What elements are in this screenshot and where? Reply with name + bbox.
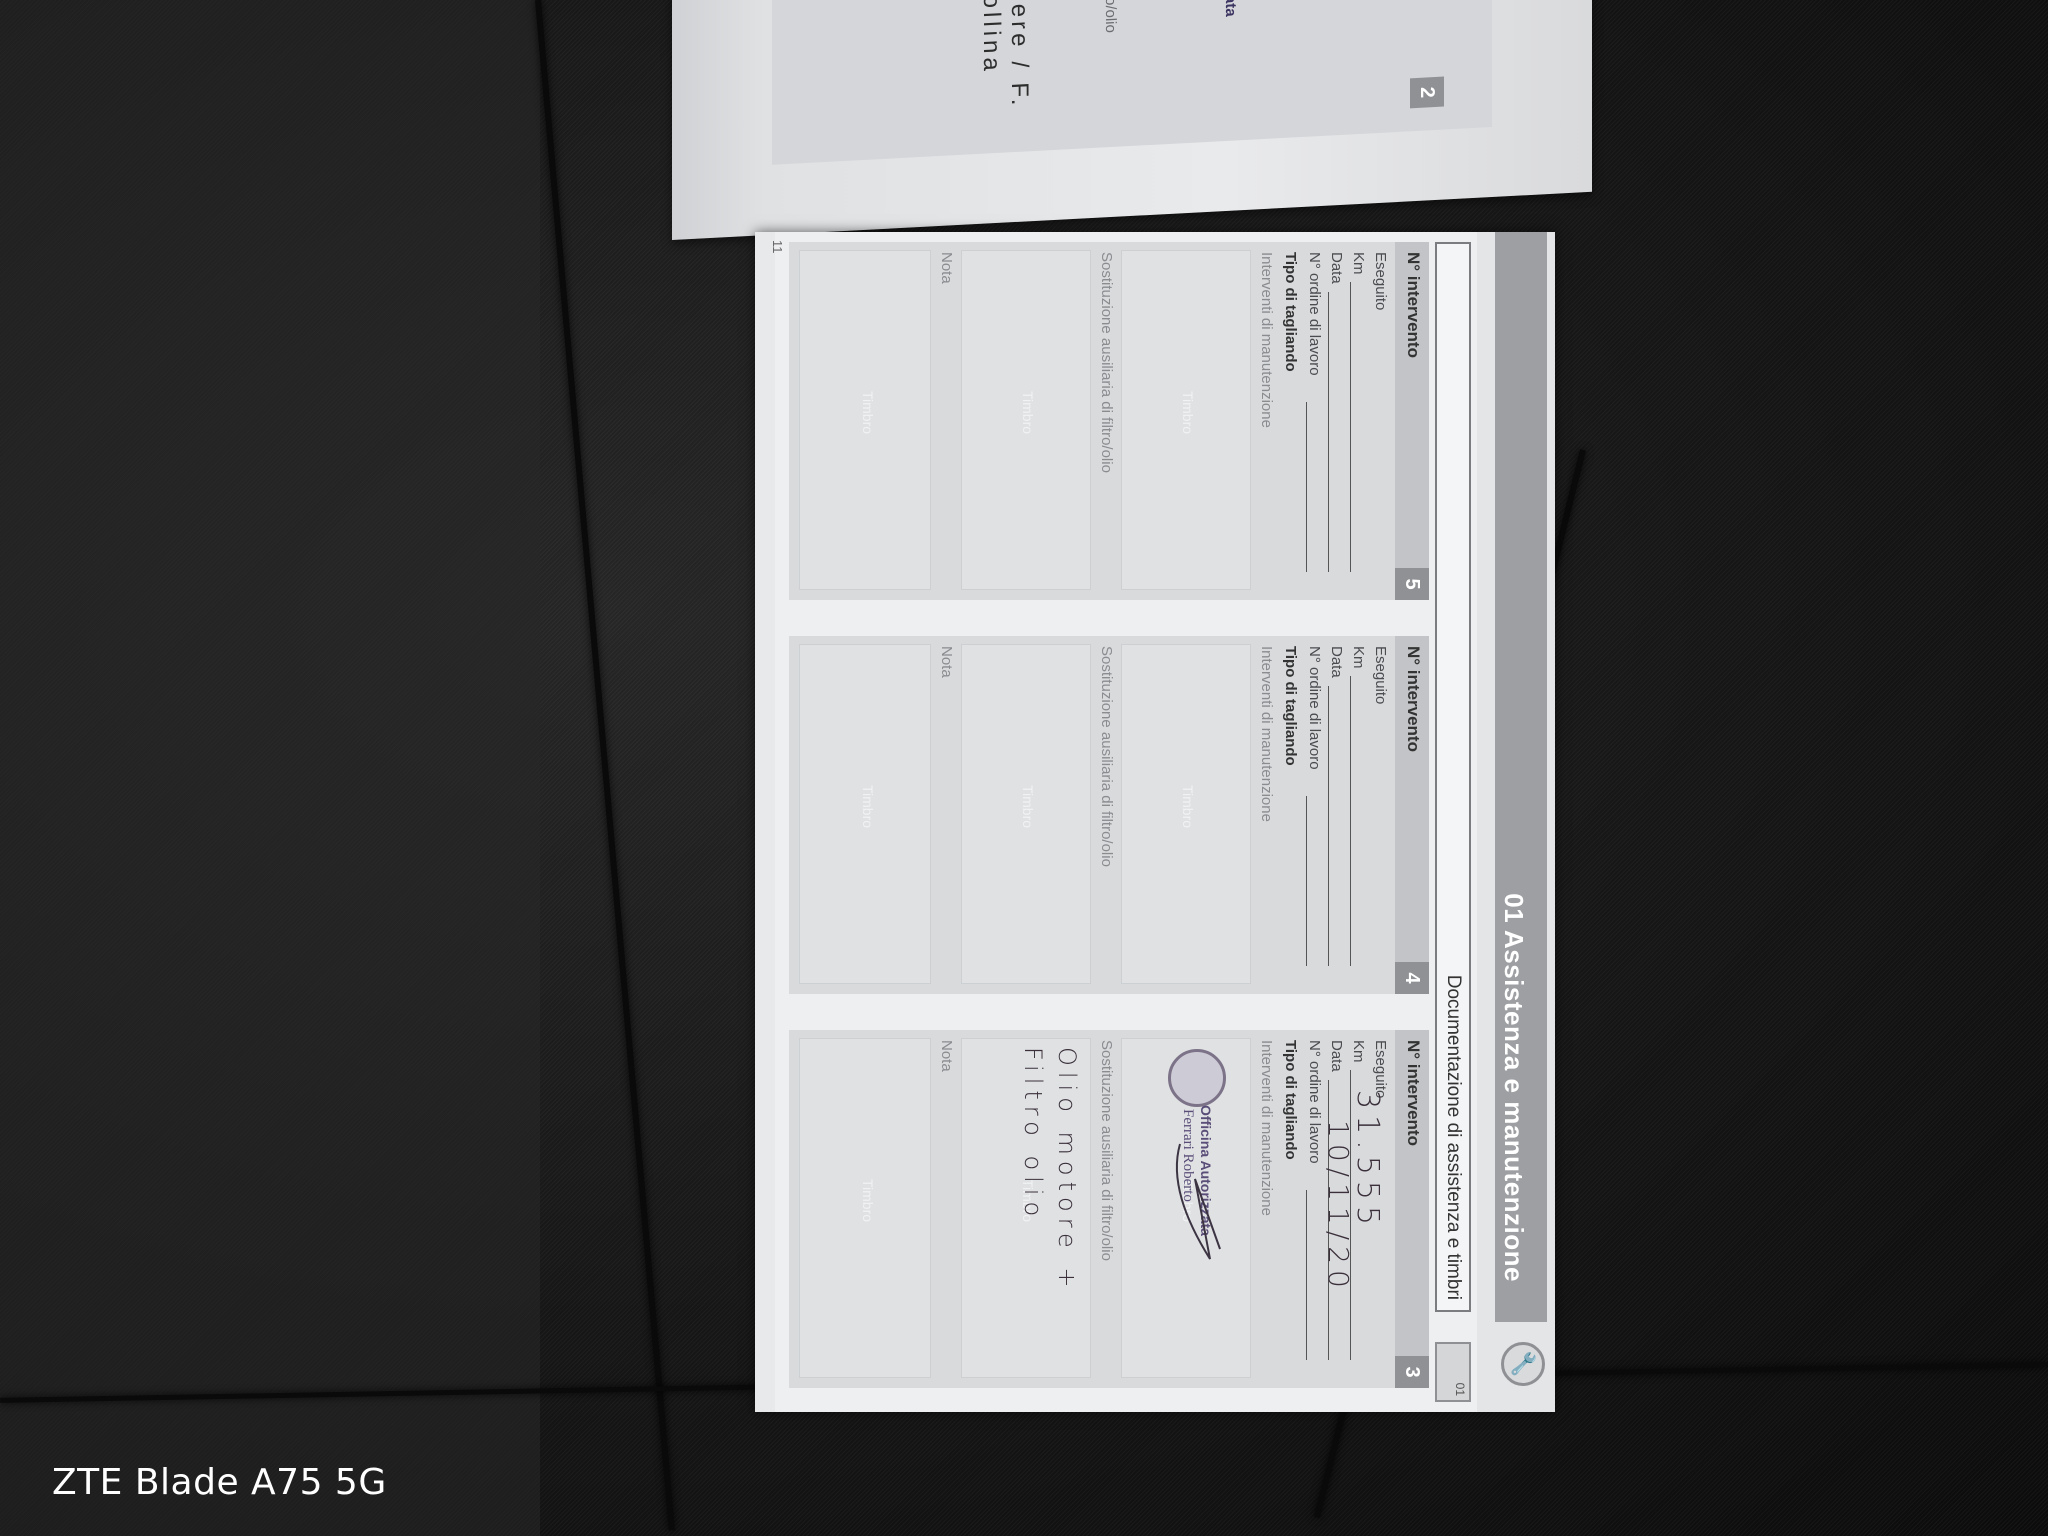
note-label: Nota	[938, 1040, 955, 1072]
aux-stamp-box[interactable]: Timbro	[961, 250, 1091, 590]
maintenance-stamp-box[interactable]: Timbro	[1121, 250, 1251, 590]
intervention-label: N° intervento	[1403, 1040, 1423, 1146]
service-type-label: Tipo di tagliando	[1282, 646, 1299, 766]
stamp-placeholder: Timbro	[1180, 785, 1196, 828]
work-order-label: N° ordine di lavoro	[1306, 252, 1323, 376]
date-label: Data	[1328, 646, 1345, 678]
previous-page-stamp-text: orizzata	[1222, 0, 1239, 17]
stamp-placeholder: Timbro	[860, 1179, 876, 1222]
date-label: Data	[1328, 252, 1345, 284]
work-order-field[interactable]	[1306, 1190, 1307, 1360]
intervention-label: N° intervento	[1403, 646, 1423, 752]
maintenance-label: Interventi di manutenzione	[1258, 1040, 1275, 1216]
km-handwritten-value: 31.555	[1350, 1090, 1385, 1231]
intervention-card-5: N° intervento 5 Eseguito Km Data N° ordi…	[789, 242, 1429, 600]
card-body: Eseguito Km 31.555 Data 10/11/20 N° ordi…	[789, 1030, 1395, 1388]
subtitle-box: Documentazione di assistenza e timbri	[1435, 242, 1471, 1312]
aux-replacement-label: Sostituzione ausiliaria di filtro/olio	[1098, 1040, 1115, 1261]
intervention-number: 3	[1395, 1356, 1429, 1388]
card-header: N° intervento 4	[1395, 636, 1429, 994]
page-footer	[755, 232, 775, 1412]
booklet-page-content: 01 Assistenza e manutenzione 🔧 Documenta…	[755, 232, 1555, 1412]
date-field[interactable]	[1328, 292, 1329, 572]
km-field[interactable]	[1350, 282, 1351, 572]
aux-stamp-box[interactable]: Timbro	[961, 644, 1091, 984]
booklet-page: 01 Assistenza e manutenzione 🔧 Documenta…	[755, 232, 1555, 1412]
stamp-placeholder: Timbro	[1020, 391, 1036, 434]
intervention-number: 5	[1395, 568, 1429, 600]
maintenance-label: Interventi di manutenzione	[1258, 252, 1275, 428]
stamp-placeholder: Timbro	[1180, 391, 1196, 434]
maintenance-stamp-box[interactable]: Timbro	[1121, 644, 1251, 984]
intervention-number: 4	[1395, 962, 1429, 994]
stamp-placeholder: Timbro	[860, 785, 876, 828]
intervention-label: N° intervento	[1403, 252, 1423, 358]
note-stamp-box[interactable]: Timbro	[799, 1038, 931, 1378]
page-subtitle: Documentazione di assistenza e timbri	[1442, 975, 1464, 1300]
page-number: 11	[770, 240, 785, 254]
card-body: Eseguito Km Data N° ordine di lavoro Tip…	[789, 242, 1395, 600]
note-stamp-box[interactable]: Timbro	[799, 644, 931, 984]
performed-label: Eseguito	[1372, 252, 1389, 310]
service-type-label: Tipo di tagliando	[1282, 252, 1299, 372]
section-number-box: 01	[1435, 1342, 1471, 1402]
wrench-icon: 🔧	[1501, 1342, 1545, 1386]
aux-stamp-box[interactable]: Timbro Olio motore + Filtro olio	[961, 1038, 1091, 1378]
aux-replacement-label: Sostituzione ausiliaria di filtro/olio	[1098, 252, 1115, 473]
page-header: 01 Assistenza e manutenzione 🔧	[1477, 232, 1555, 1412]
previous-page-handwriting: ...ere / F. Collina	[977, 0, 1033, 154]
camera-watermark: ZTE Blade A75 5G	[52, 1462, 387, 1503]
note-stamp-box[interactable]: Timbro	[799, 250, 931, 590]
km-field[interactable]	[1350, 676, 1351, 966]
aux-handwritten-note: Olio motore + Filtro olio	[1016, 1047, 1084, 1367]
previous-page-label: filtro/olio	[1102, 0, 1119, 33]
card-body: Eseguito Km Data N° ordine di lavoro Tip…	[789, 636, 1395, 994]
previous-page-number: 2	[1410, 77, 1444, 109]
note-label: Nota	[938, 646, 955, 678]
performed-label: Eseguito	[1372, 646, 1389, 704]
card-header: N° intervento 3	[1395, 1030, 1429, 1388]
aux-replacement-label: Sostituzione ausiliaria di filtro/olio	[1098, 646, 1115, 867]
signature	[1150, 1139, 1240, 1309]
maintenance-stamp-box[interactable]: Timbro Officina Autorizzata Ferrari Robe…	[1121, 1038, 1251, 1378]
service-type-label: Tipo di tagliando	[1282, 1040, 1299, 1160]
km-label: Km	[1350, 252, 1367, 275]
intervention-card-4: N° intervento 4 Eseguito Km Data N° ordi…	[789, 636, 1429, 994]
stamp-placeholder: Timbro	[1020, 785, 1036, 828]
work-order-field[interactable]	[1306, 402, 1307, 572]
intervention-card-3: N° intervento 3 Eseguito Km 31.555 Data …	[789, 1030, 1429, 1388]
work-order-label: N° ordine di lavoro	[1306, 646, 1323, 770]
date-handwritten-value: 10/11/20	[1322, 1120, 1355, 1294]
previous-page-card: filtro/olio orizzata berto ...ere / F. C…	[772, 0, 1492, 165]
km-label: Km	[1350, 1040, 1367, 1063]
note-label: Nota	[938, 252, 955, 284]
work-order-label: N° ordine di lavoro	[1306, 1040, 1323, 1164]
maintenance-label: Interventi di manutenzione	[1258, 646, 1275, 822]
seat-panel-shadow	[0, 0, 540, 1536]
workshop-stamp-logo	[1168, 1049, 1226, 1107]
card-header: N° intervento 5	[1395, 242, 1429, 600]
work-order-field[interactable]	[1306, 796, 1307, 966]
km-label: Km	[1350, 646, 1367, 669]
section-title-bar: 01 Assistenza e manutenzione	[1495, 232, 1547, 1322]
section-title: 01 Assistenza e manutenzione	[1498, 893, 1529, 1282]
date-label: Data	[1328, 1040, 1345, 1072]
date-field[interactable]	[1328, 686, 1329, 966]
stamp-placeholder: Timbro	[860, 391, 876, 434]
